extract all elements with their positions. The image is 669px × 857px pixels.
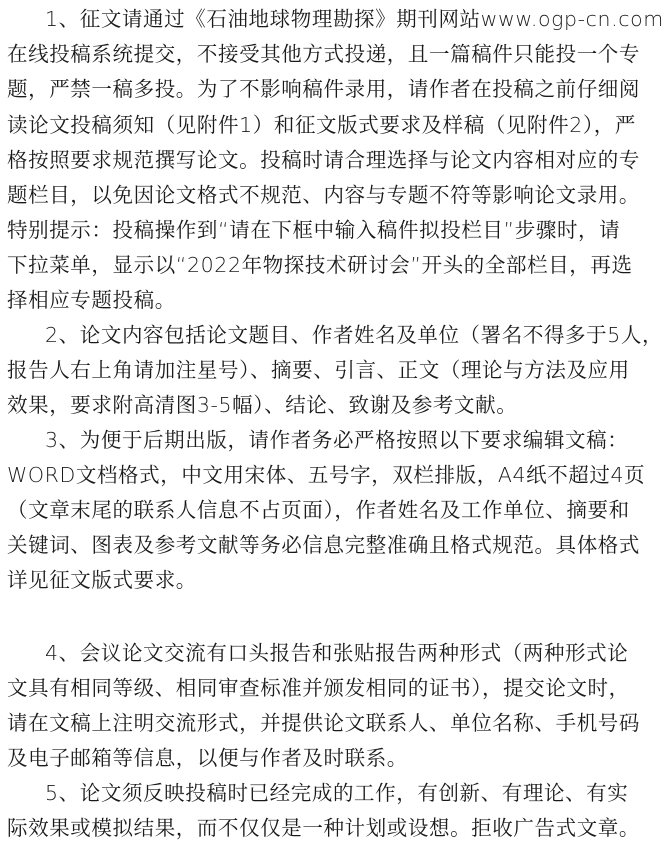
paragraph-1-line-7: 特别提示：投稿操作到“请在下框中输入稿件拟投栏目”步骤时，请 <box>7 213 662 247</box>
paragraph-1-line-4: 读论文投稿须知（见附件1）和征文版式要求及样稿（见附件2），严 <box>7 108 662 142</box>
document-body: 1、征文请通过《石油地球物理勘探》期刊网站www.ogp-cn.com 在线投稿… <box>0 0 669 857</box>
paragraph-4-line-4: 及电子邮箱等信息，以便与作者及时联系。 <box>7 741 662 775</box>
paragraph-1-line-6: 题栏目，以免因论文格式不规范、内容与专题不符等影响论文录用。 <box>7 178 662 212</box>
paragraph-5-line-1: 5、论文须反映投稿时已经完成的工作，有创新、有理论、有实 <box>45 776 662 810</box>
paragraph-4-line-1: 4、会议论文交流有口头报告和张贴报告两种形式（两种形式论 <box>45 636 662 670</box>
paragraph-1-line-3: 题，严禁一稿多投。为了不影响稿件录用，请作者在投稿之前仔细阅 <box>7 72 662 106</box>
paragraph-3-line-1: 3、为便于后期出版，请作者务必严格按照以下要求编辑文稿： <box>45 423 662 457</box>
paragraph-3-line-3: （文章末尾的联系人信息不占页面），作者姓名及工作单位、摘要和 <box>7 493 662 527</box>
paragraph-2-line-2: 报告人右上角请加注星号）、摘要、引言、正文（理论与方法及应用 <box>7 353 662 387</box>
paragraph-4-line-3: 请在文稿上注明交流形式，并提供论文联系人、单位名称、手机号码 <box>7 706 662 740</box>
paragraph-5-line-2: 际效果或模拟结果，而不仅仅是一种计划或设想。拒收广告式文章。 <box>7 811 662 845</box>
paragraph-2-line-3: 效果，要求附高清图3-5幅）、结论、致谢及参考文献。 <box>7 388 662 422</box>
paragraph-1-line-1: 1、征文请通过《石油地球物理勘探》期刊网站www.ogp-cn.com <box>45 2 662 36</box>
paragraph-3-line-5: 详见征文版式要求。 <box>7 563 662 597</box>
paragraph-1-line-8: 下拉菜单，显示以“2022年物探技术研讨会”开头的全部栏目，再选 <box>7 248 662 282</box>
paragraph-2-line-1: 2、论文内容包括论文题目、作者姓名及单位（署名不得多于5人， <box>45 318 662 352</box>
paragraph-1-line-2: 在线投稿系统提交，不接受其他方式投递，且一篇稿件只能投一个专 <box>7 37 662 71</box>
paragraph-3-line-4: 关键词、图表及参考文献等务必信息完整准确且格式规范。具体格式 <box>7 528 662 562</box>
paragraph-1-line-5: 格按照要求规范撰写论文。投稿时请合理选择与论文内容相对应的专 <box>7 143 662 177</box>
paragraph-1-line-9: 择相应专题投稿。 <box>7 283 662 317</box>
paragraph-3-line-2: WORD文档格式，中文用宋体、五号字，双栏排版，A4纸不超过4页 <box>7 458 662 492</box>
paragraph-4-line-2: 文具有相同等级、相同审查标准并颁发相同的证书），提交论文时， <box>7 671 662 705</box>
